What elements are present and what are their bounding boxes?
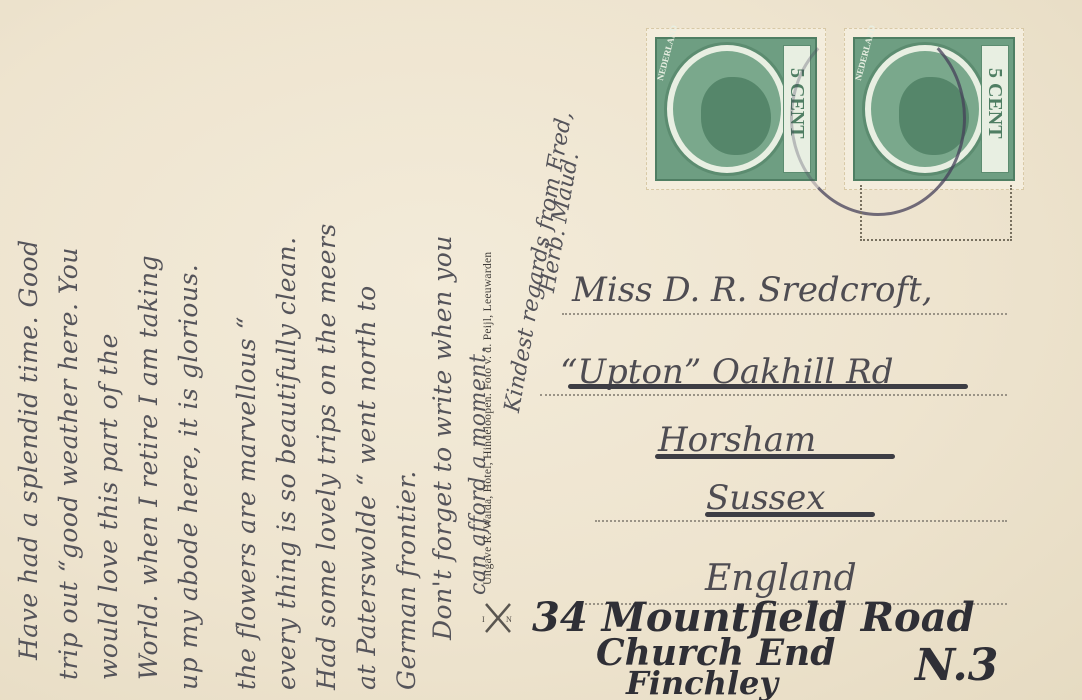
address-country: England bbox=[705, 558, 857, 599]
message-line: Had some lovely trips on the meers bbox=[312, 223, 341, 690]
message-line: trip out “good weather here. You bbox=[54, 247, 83, 680]
strikethrough bbox=[568, 384, 968, 389]
message-line: Don't forget to write when you bbox=[428, 235, 457, 640]
message-line: up my abode here, it is glorious. bbox=[174, 264, 203, 690]
stamp-value: 5 CENT bbox=[983, 68, 1006, 139]
svg-text:N: N bbox=[506, 615, 512, 624]
message-line: Have had a splendid time. Good bbox=[14, 239, 43, 660]
message-line: every thing is so beautifully clean. bbox=[272, 236, 301, 690]
address-rule bbox=[562, 313, 1007, 315]
strikethrough bbox=[655, 454, 895, 459]
message-line: World. when I retire I am taking bbox=[134, 255, 163, 680]
recipient-name: Miss D. R. Sredcroft, bbox=[572, 270, 933, 310]
stamp-country: NEDERLAND bbox=[655, 24, 679, 82]
forwarding-postcode: N.3 bbox=[915, 640, 998, 691]
svg-text:I: I bbox=[482, 615, 485, 624]
address-rule bbox=[595, 520, 1007, 522]
message-line: the flowers are marvellous “ bbox=[232, 316, 261, 690]
strikethrough bbox=[705, 512, 875, 517]
message-line: German frontier. bbox=[392, 470, 421, 690]
stamp-placement-box bbox=[860, 185, 1012, 241]
queen-portrait-icon bbox=[701, 77, 771, 155]
publisher-imprint: Uitgave R. Walda, Hotel, Hindeloopen. Fo… bbox=[482, 252, 494, 585]
postcard: Have had a splendid time. Good trip out … bbox=[0, 0, 1082, 700]
publisher-logo-icon: I N bbox=[478, 598, 518, 638]
forwarding-address-line: Finchley bbox=[626, 664, 778, 700]
address-rule bbox=[540, 394, 1007, 396]
message-line: at Paterswolde “ went north to bbox=[352, 285, 381, 690]
message-line: would love this part of the bbox=[94, 333, 123, 680]
